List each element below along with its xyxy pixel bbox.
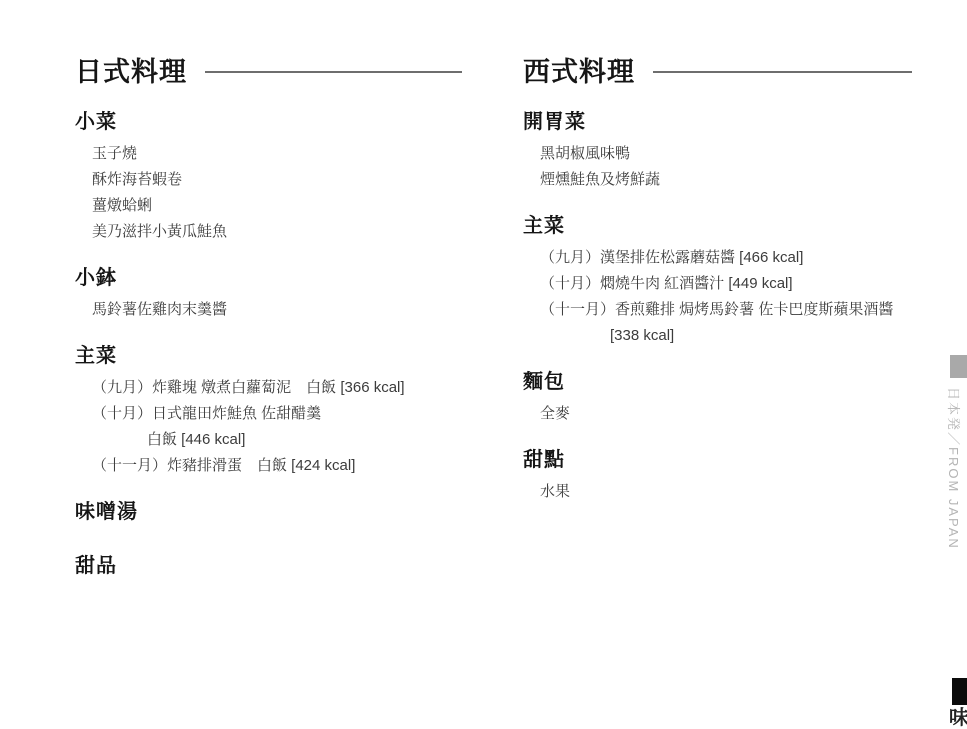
item-list: 全麥 (523, 401, 912, 427)
menu-item: 煙燻鮭魚及烤鮮蔬 (523, 167, 912, 193)
item-list: （九月）炸雞塊 燉煮白蘿蔔泥 白飯 [366 kcal] （十月）日式龍田炸鮭魚… (75, 375, 462, 479)
section-heading: 麵包 (523, 369, 912, 395)
section-heading: 小鉢 (75, 265, 462, 291)
menu-item: 全麥 (523, 401, 912, 427)
section-heading: 甜點 (523, 447, 912, 473)
menu-item: （九月）漢堡排佐松露蘑菇醬 [466 kcal] (523, 245, 912, 271)
section-dessert-western: 甜點 水果 (523, 447, 912, 505)
edge-vertical-label: 日本発／FROM JAPAN (945, 387, 964, 550)
section-heading: 主菜 (75, 343, 462, 369)
column-title-western: 西式料理 (523, 55, 635, 89)
menu-item: （十一月）香煎雞排 焗烤馬鈴薯 佐卡巴度斯蘋果酒醬 (523, 297, 912, 323)
title-rule (205, 71, 462, 73)
item-list: 水果 (523, 479, 912, 505)
section-main-western: 主菜 （九月）漢堡排佐松露蘑菇醬 [466 kcal] （十月）燜燒牛肉 紅酒醬… (523, 213, 912, 349)
section-appetizers-jp: 小菜 玉子燒 酥炸海苔蝦卷 薑燉蛤蜊 美乃滋拌小黃瓜鮭魚 (75, 109, 462, 245)
menu-item: 水果 (523, 479, 912, 505)
menu-item: 美乃滋拌小黃瓜鮭魚 (75, 219, 462, 245)
menu-item: 酥炸海苔蝦卷 (75, 167, 462, 193)
menu-item: （十一月）炸豬排滑蛋 白飯 [424 kcal] (75, 453, 462, 479)
item-list: 玉子燒 酥炸海苔蝦卷 薑燉蛤蜊 美乃滋拌小黃瓜鮭魚 (75, 141, 462, 245)
column-title-japanese: 日式料理 (75, 55, 187, 89)
menu-item: （十月）燜燒牛肉 紅酒醬汁 [449 kcal] (523, 271, 912, 297)
menu-item: 黑胡椒風味鴨 (523, 141, 912, 167)
section-main-jp: 主菜 （九月）炸雞塊 燉煮白蘿蔔泥 白飯 [366 kcal] （十月）日式龍田… (75, 343, 462, 479)
section-starters: 開胃菜 黑胡椒風味鴨 煙燻鮭魚及烤鮮蔬 (523, 109, 912, 193)
menu-item-continuation: [338 kcal] (523, 323, 912, 349)
section-miso-soup: 味噌湯 (75, 499, 462, 525)
section-heading: 開胃菜 (523, 109, 912, 135)
japanese-cuisine-column: 日式料理 小菜 玉子燒 酥炸海苔蝦卷 薑燉蛤蜊 美乃滋拌小黃瓜鮭魚 小鉢 馬鈴薯… (75, 55, 462, 579)
section-small-bowl: 小鉢 馬鈴薯佐雞肉末羹醬 (75, 265, 462, 323)
item-list: 黑胡椒風味鴨 煙燻鮭魚及烤鮮蔬 (523, 141, 912, 193)
column-title-row: 西式料理 (523, 55, 912, 89)
menu-item: 薑燉蛤蜊 (75, 193, 462, 219)
section-heading: 甜品 (75, 553, 462, 579)
menu-item-continuation: 白飯 [446 kcal] (75, 427, 462, 453)
title-rule (653, 71, 912, 73)
item-list: （九月）漢堡排佐松露蘑菇醬 [466 kcal] （十月）燜燒牛肉 紅酒醬汁 [… (523, 245, 912, 349)
menu-item: （十月）日式龍田炸鮭魚 佐甜醋羹 (75, 401, 462, 427)
section-bread: 麵包 全麥 (523, 369, 912, 427)
edge-marker-square (950, 355, 967, 378)
menu-item: 馬鈴薯佐雞肉末羹醬 (75, 297, 462, 323)
section-heading: 小菜 (75, 109, 462, 135)
item-list: 馬鈴薯佐雞肉末羹醬 (75, 297, 462, 323)
corner-clipped-glyph: 味 (949, 707, 967, 729)
column-title-row: 日式料理 (75, 55, 462, 89)
menu-item: （九月）炸雞塊 燉煮白蘿蔔泥 白飯 [366 kcal] (75, 375, 462, 401)
western-cuisine-column: 西式料理 開胃菜 黑胡椒風味鴨 煙燻鮭魚及烤鮮蔬 主菜 （九月）漢堡排佐松露蘑菇… (523, 55, 912, 505)
corner-tab-square (952, 678, 967, 705)
section-heading: 主菜 (523, 213, 912, 239)
menu-item: 玉子燒 (75, 141, 462, 167)
section-dessert-jp: 甜品 (75, 553, 462, 579)
section-heading: 味噌湯 (75, 499, 462, 525)
